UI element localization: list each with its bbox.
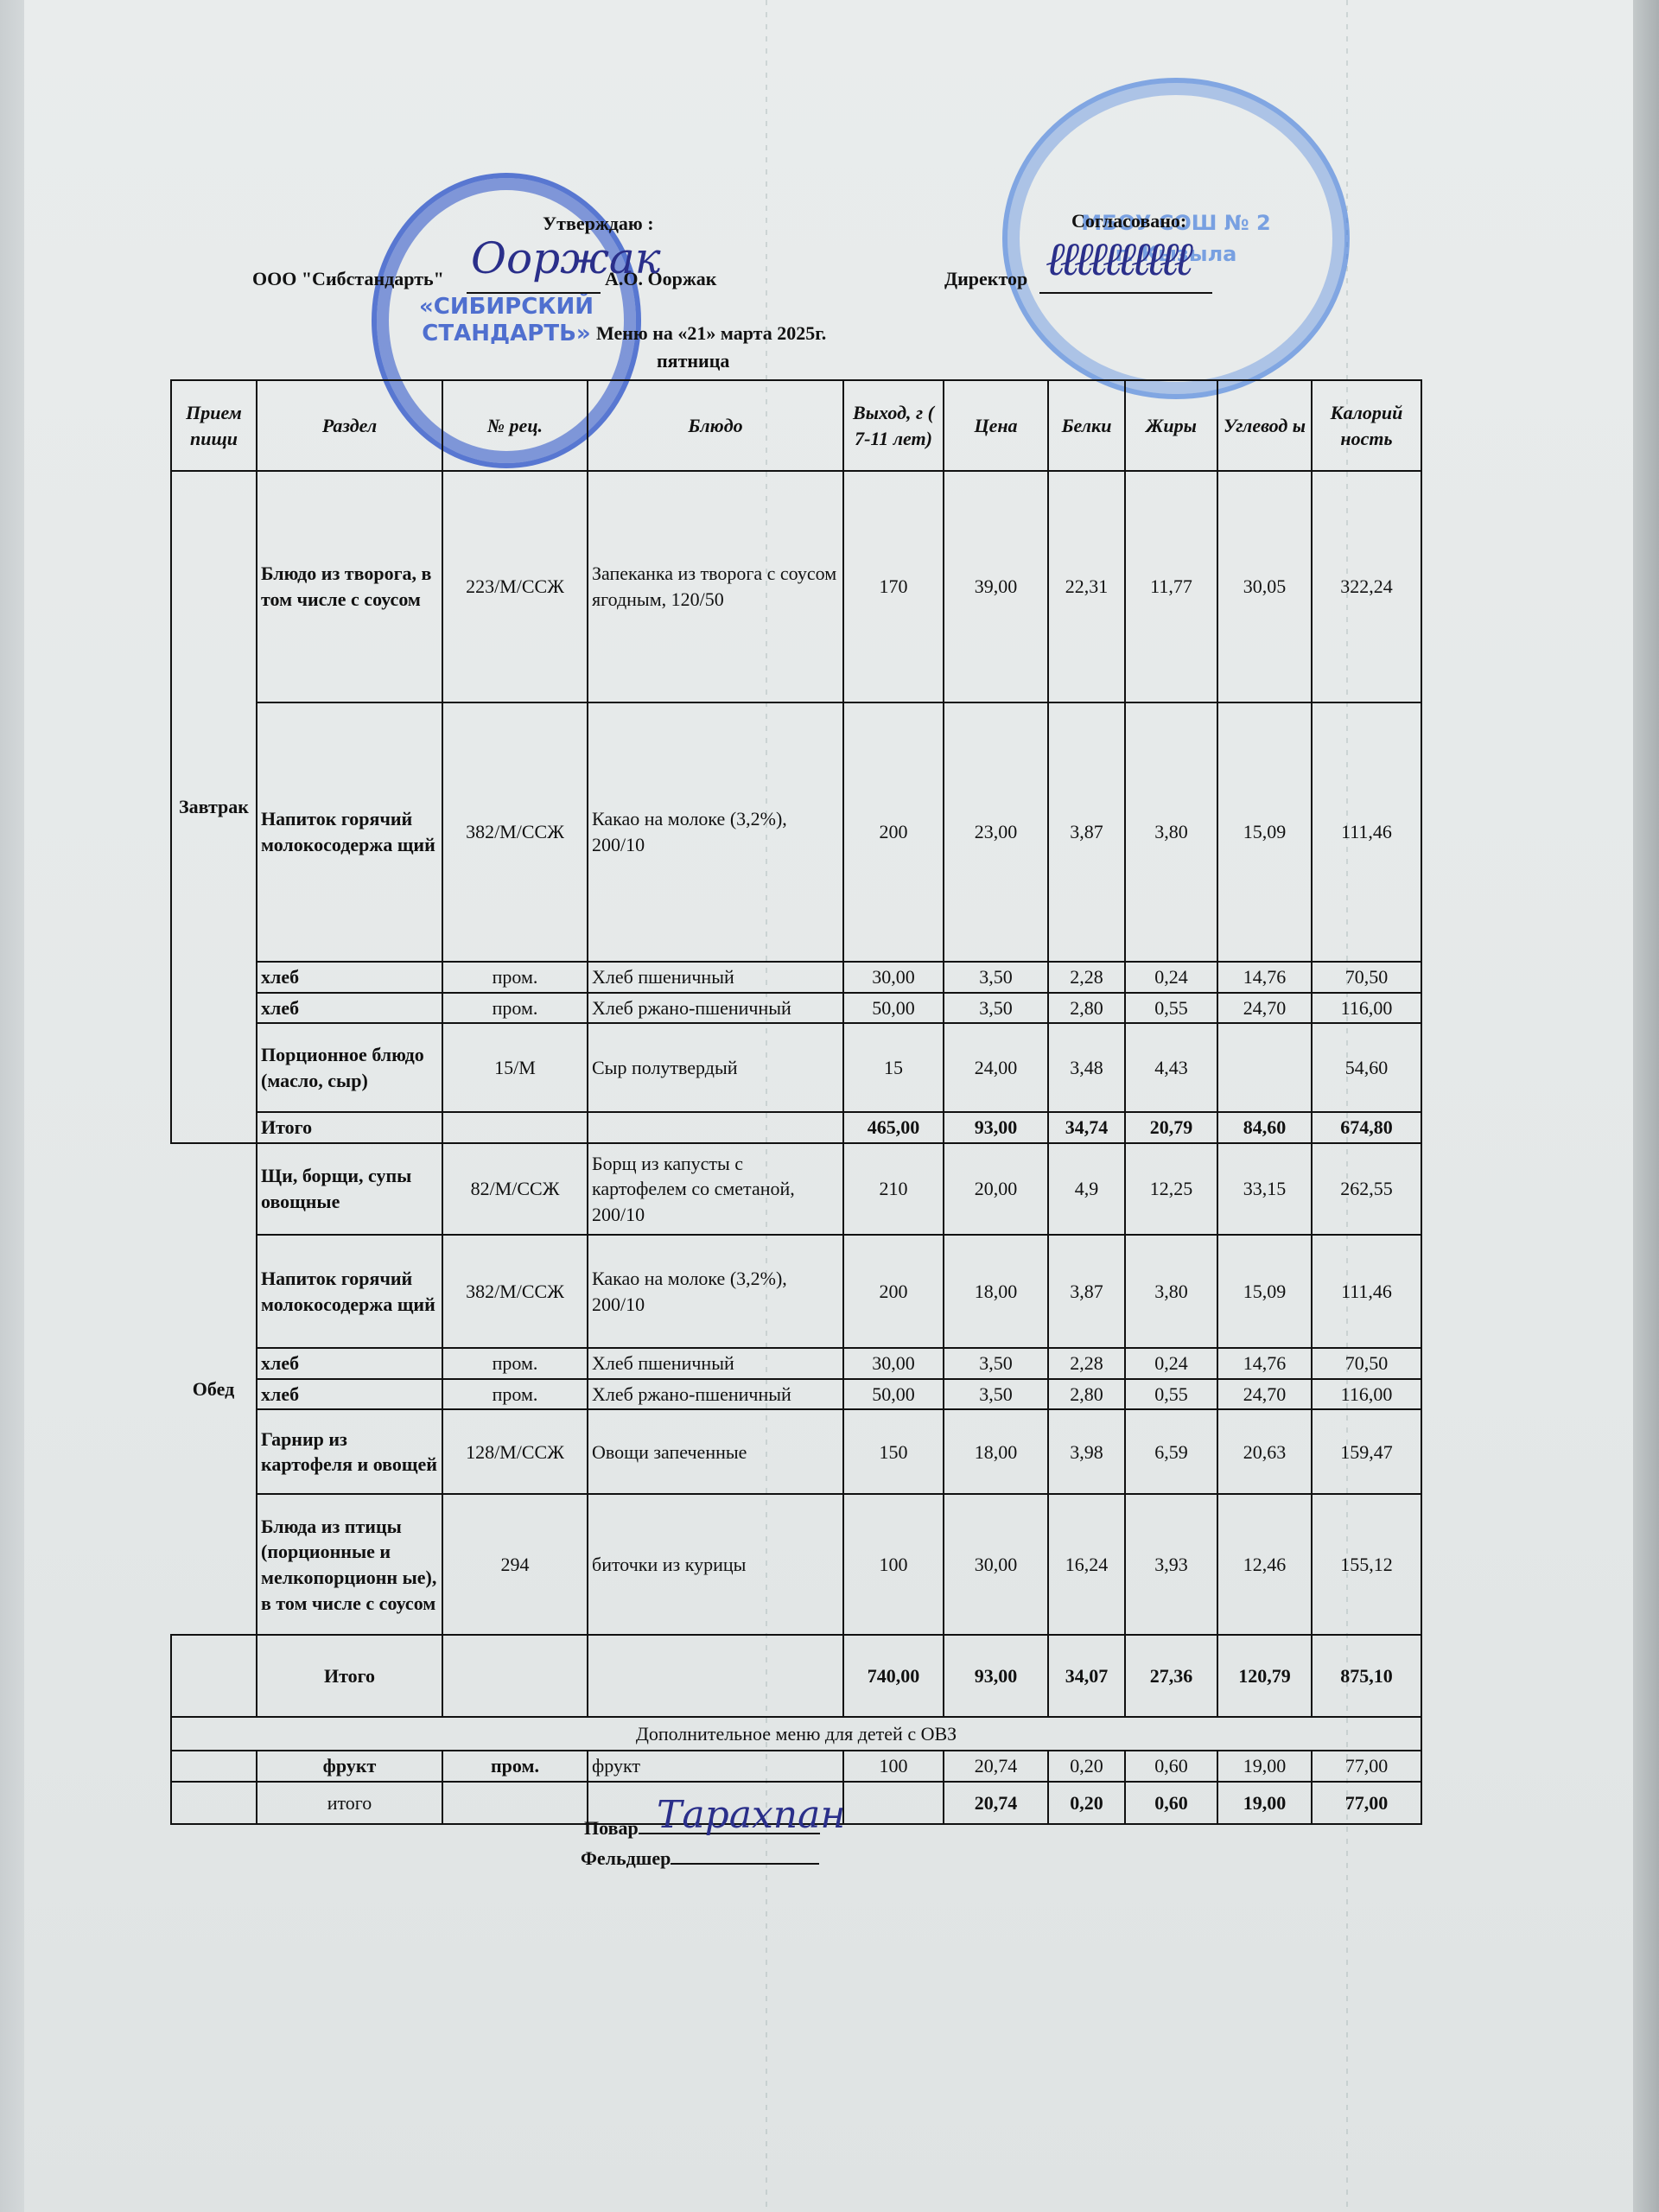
company-name: ООО "Сибстандарть" — [252, 268, 444, 290]
price-cell: 3,50 — [944, 993, 1048, 1024]
fat-cell: 0,24 — [1125, 962, 1217, 993]
price-cell: 18,00 — [944, 1409, 1048, 1494]
total-label: итого — [257, 1782, 442, 1824]
total-label: Итого — [257, 1635, 442, 1717]
yield-cell: 170 — [843, 471, 944, 702]
kcal-cell: 54,60 — [1312, 1023, 1421, 1112]
carbs-cell: 14,76 — [1217, 1348, 1312, 1379]
carbs-cell: 30,05 — [1217, 471, 1312, 702]
recipe-cell: 294 — [442, 1494, 588, 1635]
section-cell: Напиток горячий молокосодержа щий — [257, 1235, 442, 1348]
cook-signature: Тарахпан — [657, 1793, 845, 1837]
col-header: № рец. — [442, 380, 588, 471]
price-cell: 39,00 — [944, 471, 1048, 702]
price-cell: 93,00 — [944, 1635, 1048, 1717]
yield-cell: 100 — [843, 1494, 944, 1635]
section-cell: Блюдо из творога, в том числе с соусом — [257, 471, 442, 702]
protein-cell: 34,07 — [1048, 1635, 1125, 1717]
yield-cell: 200 — [843, 1235, 944, 1348]
kcal-cell: 77,00 — [1312, 1782, 1421, 1824]
recipe-cell: пром. — [442, 1379, 588, 1410]
carbs-cell: 12,46 — [1217, 1494, 1312, 1635]
col-header: Цена — [944, 380, 1048, 471]
protein-cell: 2,80 — [1048, 993, 1125, 1024]
table-row: фрукт пром. фрукт 100 20,74 0,20 0,60 19… — [171, 1751, 1421, 1782]
price-cell: 18,00 — [944, 1235, 1048, 1348]
director-signature: ℓℓℓℓℓℓℓℓℓℓ — [1046, 232, 1188, 286]
dish-cell: Хлеб пшеничный — [588, 962, 843, 993]
protein-cell: 22,31 — [1048, 471, 1125, 702]
kcal-cell: 116,00 — [1312, 1379, 1421, 1410]
fat-cell: 20,79 — [1125, 1112, 1217, 1143]
extra-menu-title: Дополнительное меню для детей с ОВЗ — [171, 1717, 1421, 1751]
carbs-cell: 84,60 — [1217, 1112, 1312, 1143]
kcal-cell: 159,47 — [1312, 1409, 1421, 1494]
price-cell: 24,00 — [944, 1023, 1048, 1112]
empty-cell — [442, 1112, 588, 1143]
empty-cell — [588, 1112, 843, 1143]
director-signature-line — [1039, 292, 1212, 294]
price-cell: 30,00 — [944, 1494, 1048, 1635]
protein-cell: 16,24 — [1048, 1494, 1125, 1635]
protein-cell: 2,28 — [1048, 1348, 1125, 1379]
recipe-cell: пром. — [442, 993, 588, 1024]
protein-cell: 3,98 — [1048, 1409, 1125, 1494]
dish-cell: Борщ из капусты с картофелем со сметаной… — [588, 1143, 843, 1235]
section-cell: Блюда из птицы (порционные и мелкопорцио… — [257, 1494, 442, 1635]
recipe-cell: 128/М/ССЖ — [442, 1409, 588, 1494]
section-cell: Напиток горячий молокосодержа щий — [257, 702, 442, 962]
fat-cell: 0,60 — [1125, 1751, 1217, 1782]
table-row: хлеб пром. Хлеб ржано-пшеничный 50,00 3,… — [171, 1379, 1421, 1410]
yield-cell: 210 — [843, 1143, 944, 1235]
yield-cell: 30,00 — [843, 1348, 944, 1379]
recipe-cell: 382/М/ССЖ — [442, 702, 588, 962]
carbs-cell: 14,76 — [1217, 962, 1312, 993]
col-header: Выход, г ( 7-11 лет) — [843, 380, 944, 471]
price-cell: 20,00 — [944, 1143, 1048, 1235]
menu-table: Прием пищи Раздел № рец. Блюдо Выход, г … — [170, 379, 1422, 1825]
table-row: хлеб пром. Хлеб пшеничный 30,00 3,50 2,2… — [171, 962, 1421, 993]
price-cell: 20,74 — [944, 1751, 1048, 1782]
table-row: Гарнир из картофеля и овощей 128/М/ССЖ О… — [171, 1409, 1421, 1494]
recipe-cell: пром. — [442, 1348, 588, 1379]
carbs-cell: 20,63 — [1217, 1409, 1312, 1494]
approve-label: Утверждаю : — [543, 213, 654, 235]
medic-label-text: Фельдшер — [581, 1847, 671, 1869]
yield-cell: 465,00 — [843, 1112, 944, 1143]
protein-cell: 3,48 — [1048, 1023, 1125, 1112]
col-header: Прием пищи — [171, 380, 257, 471]
protein-cell: 2,80 — [1048, 1379, 1125, 1410]
yield-cell: 30,00 — [843, 962, 944, 993]
menu-title: Меню на «21» марта 2025г. — [596, 322, 826, 345]
empty-cell — [171, 1751, 257, 1782]
fat-cell: 27,36 — [1125, 1635, 1217, 1717]
section-cell: хлеб — [257, 1379, 442, 1410]
extra-menu-title-row: Дополнительное меню для детей с ОВЗ — [171, 1717, 1421, 1751]
total-label: Итого — [257, 1112, 442, 1143]
col-header: Углевод ы — [1217, 380, 1312, 471]
col-header: Блюдо — [588, 380, 843, 471]
fat-cell: 0,24 — [1125, 1348, 1217, 1379]
dish-cell: Какао на молоке (3,2%), 200/10 — [588, 702, 843, 962]
fat-cell: 3,80 — [1125, 702, 1217, 962]
table-row: Напиток горячий молокосодержа щий 382/М/… — [171, 702, 1421, 962]
carbs-cell: 15,09 — [1217, 702, 1312, 962]
yield-cell: 50,00 — [843, 993, 944, 1024]
yield-cell: 15 — [843, 1023, 944, 1112]
protein-cell: 0,20 — [1048, 1751, 1125, 1782]
col-header: Жиры — [1125, 380, 1217, 471]
meal-lunch: Обед — [171, 1143, 257, 1635]
protein-cell: 0,20 — [1048, 1782, 1125, 1824]
weekday: пятница — [657, 350, 729, 372]
protein-cell: 4,9 — [1048, 1143, 1125, 1235]
agreed-label: Согласовано: — [1071, 210, 1186, 232]
recipe-cell: пром. — [442, 1751, 588, 1782]
price-cell: 93,00 — [944, 1112, 1048, 1143]
carbs-cell: 15,09 — [1217, 1235, 1312, 1348]
dish-cell: фрукт — [588, 1751, 843, 1782]
fat-cell: 3,80 — [1125, 1235, 1217, 1348]
yield-cell: 200 — [843, 702, 944, 962]
fat-cell: 3,93 — [1125, 1494, 1217, 1635]
protein-cell: 2,28 — [1048, 962, 1125, 993]
empty-cell — [442, 1782, 588, 1824]
recipe-cell: 382/М/ССЖ — [442, 1235, 588, 1348]
section-cell: Порционное блюдо (масло, сыр) — [257, 1023, 442, 1112]
empty-cell — [588, 1635, 843, 1717]
yield-cell: 150 — [843, 1409, 944, 1494]
price-cell: 20,74 — [944, 1782, 1048, 1824]
medic-label: Фельдшер — [581, 1847, 819, 1870]
dish-cell: Запеканка из творога с соусом ягодным, 1… — [588, 471, 843, 702]
section-cell: хлеб — [257, 993, 442, 1024]
dish-cell: Какао на молоке (3,2%), 200/10 — [588, 1235, 843, 1348]
table-row: Блюда из птицы (порционные и мелкопорцио… — [171, 1494, 1421, 1635]
table-row: хлеб пром. Хлеб ржано-пшеничный 50,00 3,… — [171, 993, 1421, 1024]
kcal-cell: 155,12 — [1312, 1494, 1421, 1635]
total-row-lunch: Итого 740,00 93,00 34,07 27,36 120,79 87… — [171, 1635, 1421, 1717]
approver-signature: Ооржак — [471, 233, 661, 283]
fat-cell: 0,55 — [1125, 993, 1217, 1024]
protein-cell: 3,87 — [1048, 1235, 1125, 1348]
director-label: Директор — [944, 268, 1027, 290]
yield-cell — [843, 1782, 944, 1824]
dish-cell: Овощи запеченные — [588, 1409, 843, 1494]
fat-cell: 4,43 — [1125, 1023, 1217, 1112]
recipe-cell: 223/М/ССЖ — [442, 471, 588, 702]
carbs-cell: 19,00 — [1217, 1751, 1312, 1782]
table-row: Напиток горячий молокосодержа щий 382/М/… — [171, 1235, 1421, 1348]
kcal-cell: 111,46 — [1312, 702, 1421, 962]
dish-cell: Хлеб ржано-пшеничный — [588, 993, 843, 1024]
empty-cell — [171, 1635, 257, 1717]
table-header-row: Прием пищи Раздел № рец. Блюдо Выход, г … — [171, 380, 1421, 471]
meal-breakfast: Завтрак — [171, 471, 257, 1143]
section-cell: хлеб — [257, 962, 442, 993]
carbs-cell — [1217, 1023, 1312, 1112]
kcal-cell: 111,46 — [1312, 1235, 1421, 1348]
fat-cell: 11,77 — [1125, 471, 1217, 702]
kcal-cell: 322,24 — [1312, 471, 1421, 702]
dish-cell: Сыр полутвердый — [588, 1023, 843, 1112]
carbs-cell: 120,79 — [1217, 1635, 1312, 1717]
kcal-cell: 116,00 — [1312, 993, 1421, 1024]
kcal-cell: 70,50 — [1312, 1348, 1421, 1379]
section-cell: фрукт — [257, 1751, 442, 1782]
yield-cell: 100 — [843, 1751, 944, 1782]
price-cell: 3,50 — [944, 1379, 1048, 1410]
recipe-cell: 15/М — [442, 1023, 588, 1112]
section-cell: Гарнир из картофеля и овощей — [257, 1409, 442, 1494]
table-row: Порционное блюдо (масло, сыр) 15/М Сыр п… — [171, 1023, 1421, 1112]
kcal-cell: 77,00 — [1312, 1751, 1421, 1782]
yield-cell: 740,00 — [843, 1635, 944, 1717]
section-cell: Щи, борщи, супы овощные — [257, 1143, 442, 1235]
medic-signature-line — [671, 1863, 819, 1865]
price-cell: 3,50 — [944, 962, 1048, 993]
empty-cell — [442, 1635, 588, 1717]
carbs-cell: 24,70 — [1217, 1379, 1312, 1410]
recipe-cell: пром. — [442, 962, 588, 993]
stamp-text: СТАНДАРТЬ» — [422, 321, 590, 346]
fat-cell: 0,60 — [1125, 1782, 1217, 1824]
total-row-breakfast: Итого 465,00 93,00 34,74 20,79 84,60 674… — [171, 1112, 1421, 1143]
dish-cell: Хлеб ржано-пшеничный — [588, 1379, 843, 1410]
carbs-cell: 19,00 — [1217, 1782, 1312, 1824]
table-row: Завтрак Блюдо из творога, в том числе с … — [171, 471, 1421, 702]
table-row: Обед Щи, борщи, супы овощные 82/М/ССЖ Бо… — [171, 1143, 1421, 1235]
price-cell: 3,50 — [944, 1348, 1048, 1379]
protein-cell: 3,87 — [1048, 702, 1125, 962]
col-header: Калорий ность — [1312, 380, 1421, 471]
carbs-cell: 33,15 — [1217, 1143, 1312, 1235]
fat-cell: 12,25 — [1125, 1143, 1217, 1235]
table-row: хлеб пром. Хлеб пшеничный 30,00 3,50 2,2… — [171, 1348, 1421, 1379]
fat-cell: 6,59 — [1125, 1409, 1217, 1494]
kcal-cell: 674,80 — [1312, 1112, 1421, 1143]
section-cell: хлеб — [257, 1348, 442, 1379]
col-header: Белки — [1048, 380, 1125, 471]
dish-cell: биточки из курицы — [588, 1494, 843, 1635]
fat-cell: 0,55 — [1125, 1379, 1217, 1410]
empty-cell — [171, 1782, 257, 1824]
kcal-cell: 70,50 — [1312, 962, 1421, 993]
col-header: Раздел — [257, 380, 442, 471]
stamp-text: «СИБИРСКИЙ — [419, 294, 594, 320]
recipe-cell: 82/М/ССЖ — [442, 1143, 588, 1235]
kcal-cell: 262,55 — [1312, 1143, 1421, 1235]
dish-cell: Хлеб пшеничный — [588, 1348, 843, 1379]
kcal-cell: 875,10 — [1312, 1635, 1421, 1717]
protein-cell: 34,74 — [1048, 1112, 1125, 1143]
carbs-cell: 24,70 — [1217, 993, 1312, 1024]
price-cell: 23,00 — [944, 702, 1048, 962]
cook-label-text: Повар — [584, 1817, 639, 1839]
yield-cell: 50,00 — [843, 1379, 944, 1410]
approve-signature-line — [467, 292, 601, 294]
